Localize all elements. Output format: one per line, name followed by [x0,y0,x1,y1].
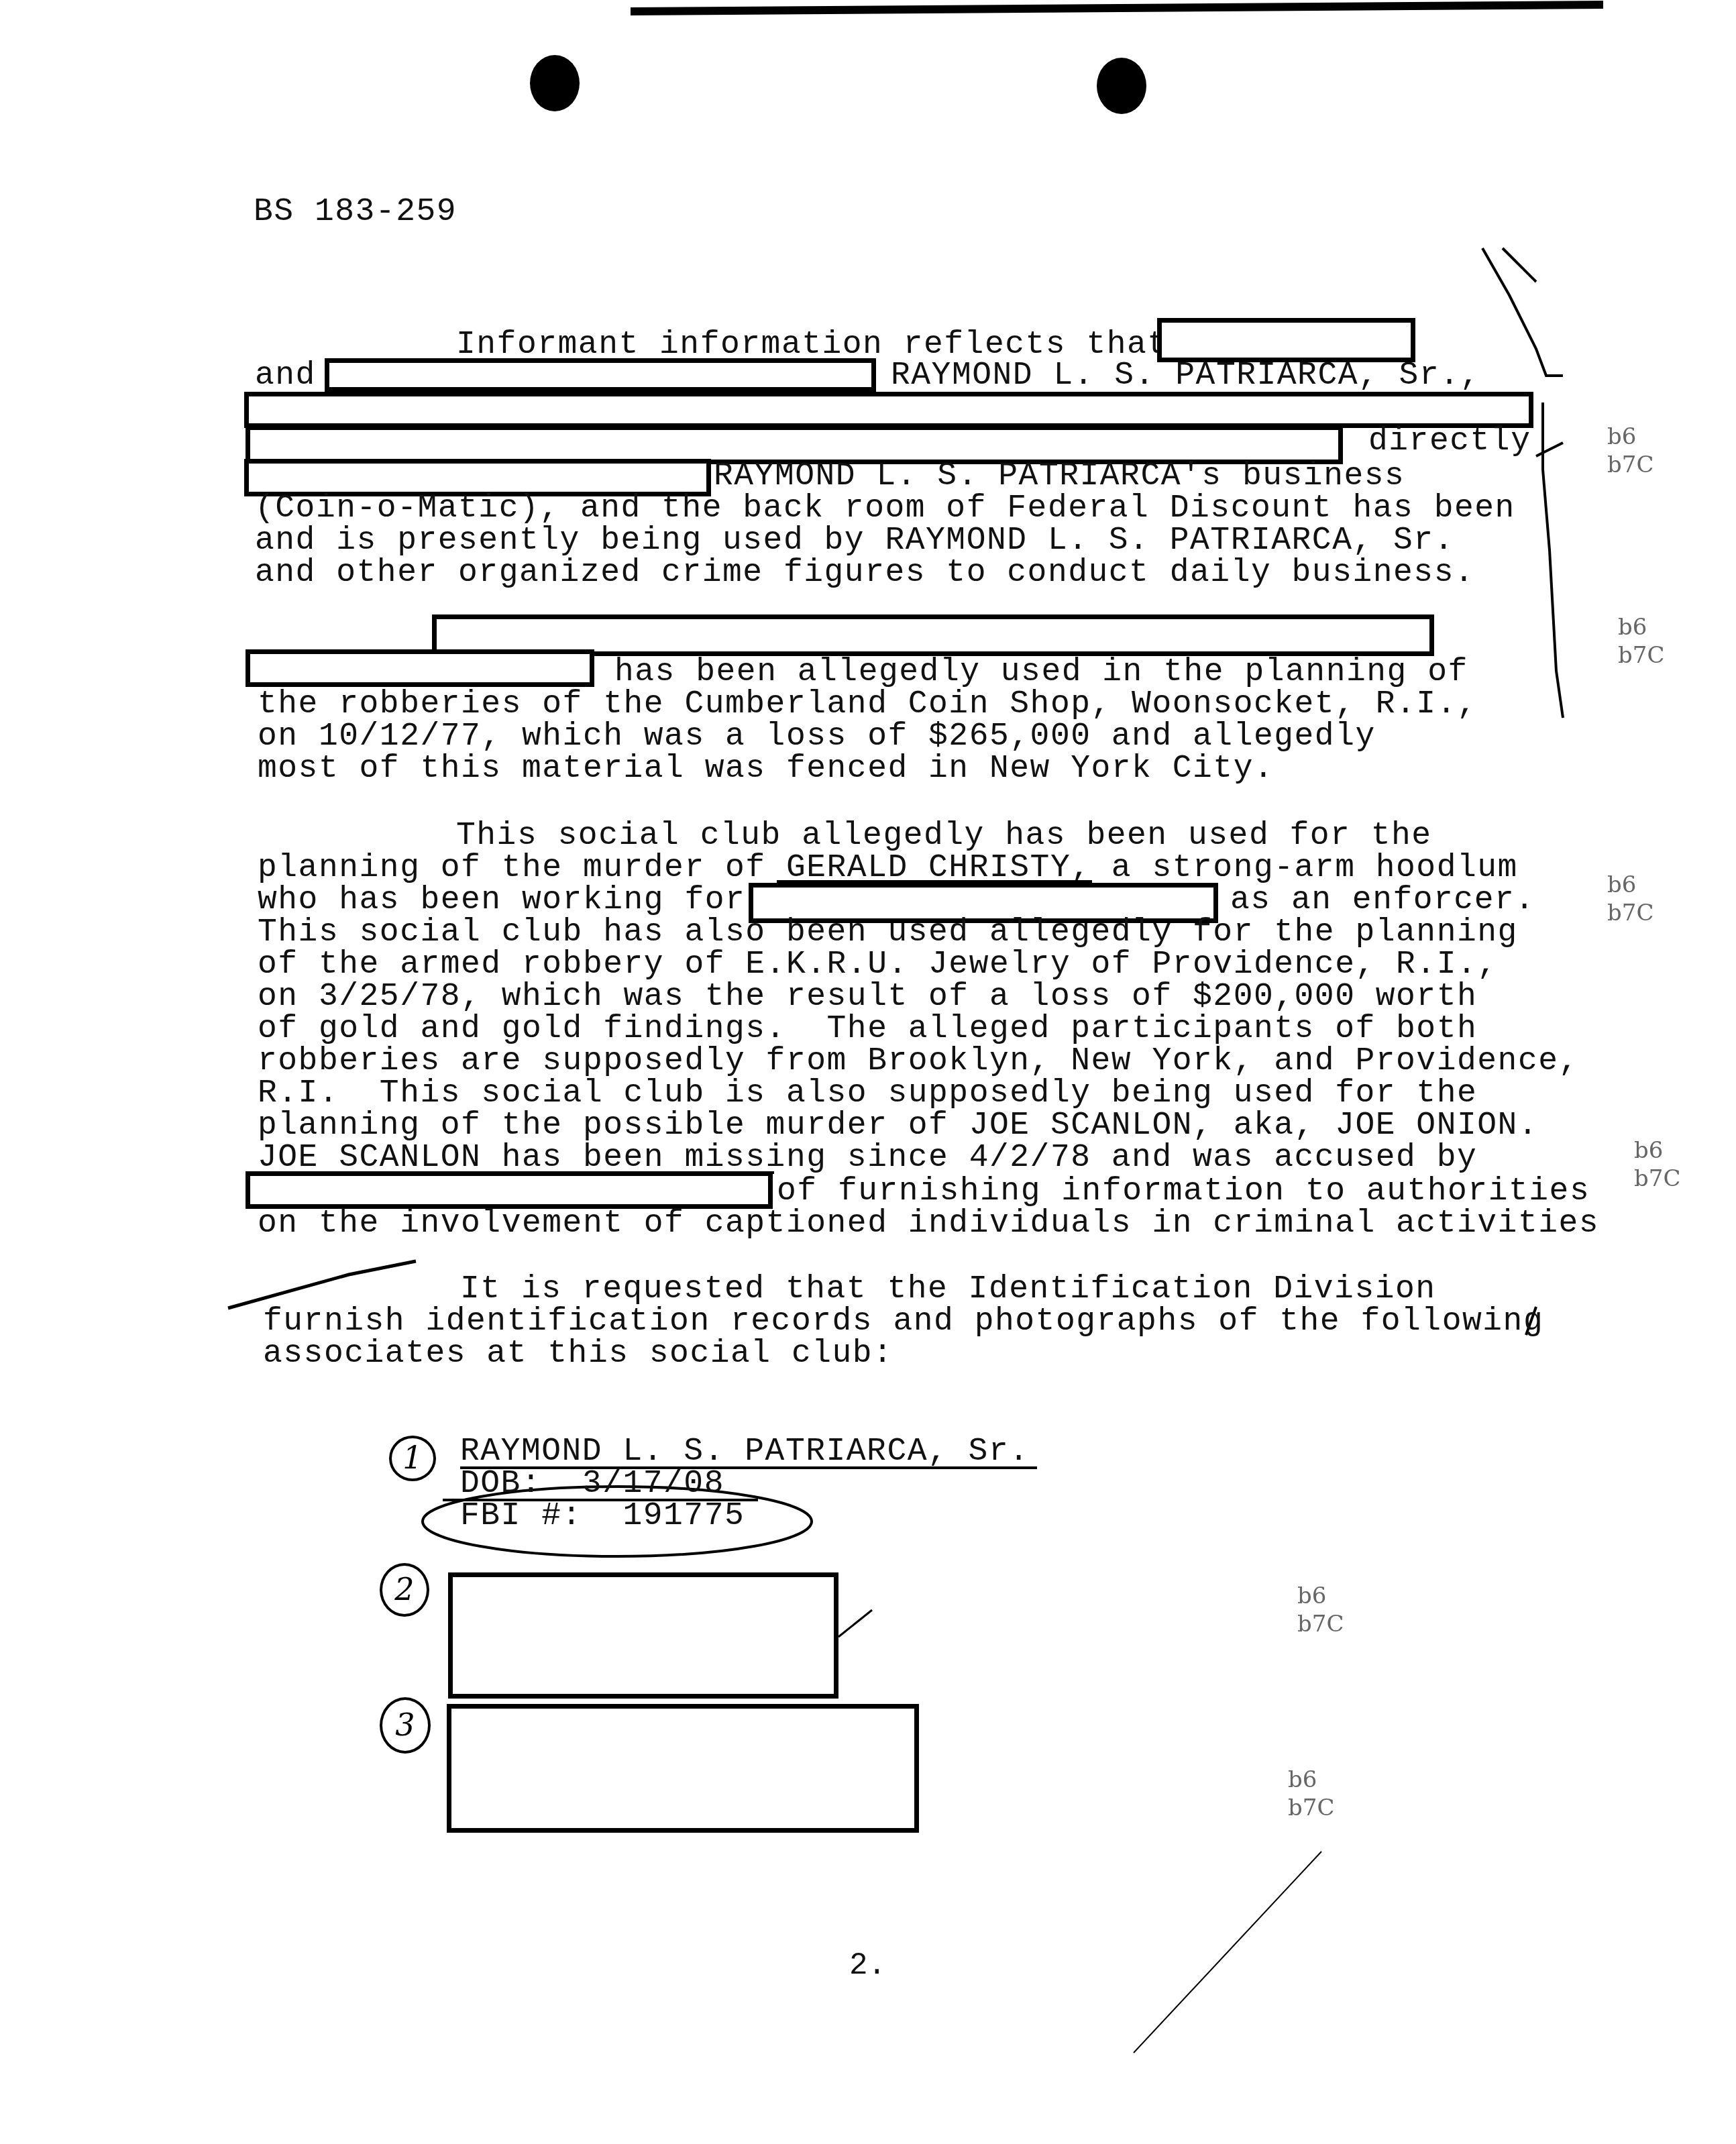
para1-line4: RAYMOND L. S. PATRIARCA's business [714,460,1405,492]
para3-line2: planning of the murder of GERALD CHRISTY… [258,852,1518,884]
handwritten-number-circle: 3 [380,1697,431,1754]
para4-line2: furnish identification records and photo… [263,1305,1543,1338]
para3-line5: of the armed robbery of E.K.R.U. Jewelry… [258,949,1498,981]
para2-line3: on 10/12/77, which was a loss of $265,00… [258,720,1376,753]
exemption-b7c: b7C [1618,642,1664,669]
associate-1-fbi: FBI #: 191775 [460,1500,745,1532]
para3-line10: planning of the possible murder of JOE S… [258,1110,1538,1142]
exemption-code-group: b6 b7C [1634,1136,1680,1193]
exemption-code-group: b6 b7C [1297,1582,1344,1638]
para4-line3: associates at this social club: [263,1338,893,1370]
para1-line1: Informant information reflects that [456,329,1168,361]
para3-line13: on the involvement of captioned individu… [258,1208,1599,1240]
exemption-code-group: b6 b7C [1607,871,1653,927]
para3-line3a: who has been working for [258,884,745,916]
page-number: 2. [849,1948,886,1983]
para3-line4: This social club has also been used alle… [258,916,1518,949]
redaction-box-associate-3 [447,1704,919,1833]
redaction-box-associate-2 [448,1572,838,1699]
para3-line12: of furnishing information to authorities [777,1175,1590,1208]
exemption-code-group: b6 b7C [1288,1766,1334,1822]
exemption-b6: b6 [1634,1137,1663,1164]
exemption-b7c: b7C [1288,1794,1334,1821]
exemption-b7c: b7C [1634,1165,1680,1192]
para3-line11: JOE SCANLON has been missing since 4/2/7… [258,1142,1477,1174]
para4-line1: It is requested that the Identification … [460,1273,1436,1305]
exemption-b6: b6 [1607,423,1636,450]
para1-line7: and other organized crime figures to con… [255,557,1474,589]
exemption-code-group: b6 b7C [1618,613,1664,669]
para3-line3b: as an enforcer. [1230,884,1535,916]
associate-1-dob: DOB: 3/17/08 [460,1468,724,1500]
para3-line8: robberies are supposedly from Brooklyn, … [258,1045,1579,1077]
redaction-box [246,649,594,687]
para1-line-directly: directly [1368,425,1531,458]
document-page: BS 183-259 Informant information reflect… [0,0,1736,2144]
exemption-b6: b6 [1618,614,1647,641]
associate-1-name: RAYMOND L. S. PATRIARCA, Sr. [460,1436,1030,1468]
redaction-box [244,392,1533,428]
file-number: BS 183-259 [254,196,457,228]
redaction-box [246,1171,773,1209]
redaction-box [1157,318,1415,362]
exemption-b7c: b7C [1297,1611,1344,1638]
para3-line6: on 3/25/78, which was the result of a lo… [258,981,1477,1013]
exemption-b6: b6 [1288,1766,1317,1793]
para2-line1: has been allegedly used in the planning … [614,656,1468,688]
para1-line2-name: RAYMOND L. S. PATRIARCA, Sr., [891,360,1480,392]
para3-line1: This social club allegedly has been used… [456,820,1432,852]
exemption-b7c: b7C [1607,451,1653,478]
para2-line4: most of this material was fenced in New … [258,753,1274,785]
para1-line2-and: and [255,360,316,392]
exemption-b7c: b7C [1607,900,1653,926]
handwritten-number-circle: 1 [389,1436,436,1481]
para2-line2: the robberies of the Cumberland Coin Sho… [258,688,1477,720]
exemption-code-group: b6 b7C [1607,423,1653,479]
exemption-b6: b6 [1607,871,1636,898]
handwritten-number-circle: 2 [380,1563,429,1617]
redaction-box [325,358,876,392]
exemption-b6: b6 [1297,1583,1326,1609]
para1-line6: and is presently being used by RAYMOND L… [255,525,1454,557]
para1-line5: (Coin-o-Matic), and the back room of Fed… [255,492,1515,525]
para3-line9: R.I. This social club is also supposedly… [258,1077,1477,1110]
para3-line7: of gold and gold findings. The alleged p… [258,1013,1477,1045]
